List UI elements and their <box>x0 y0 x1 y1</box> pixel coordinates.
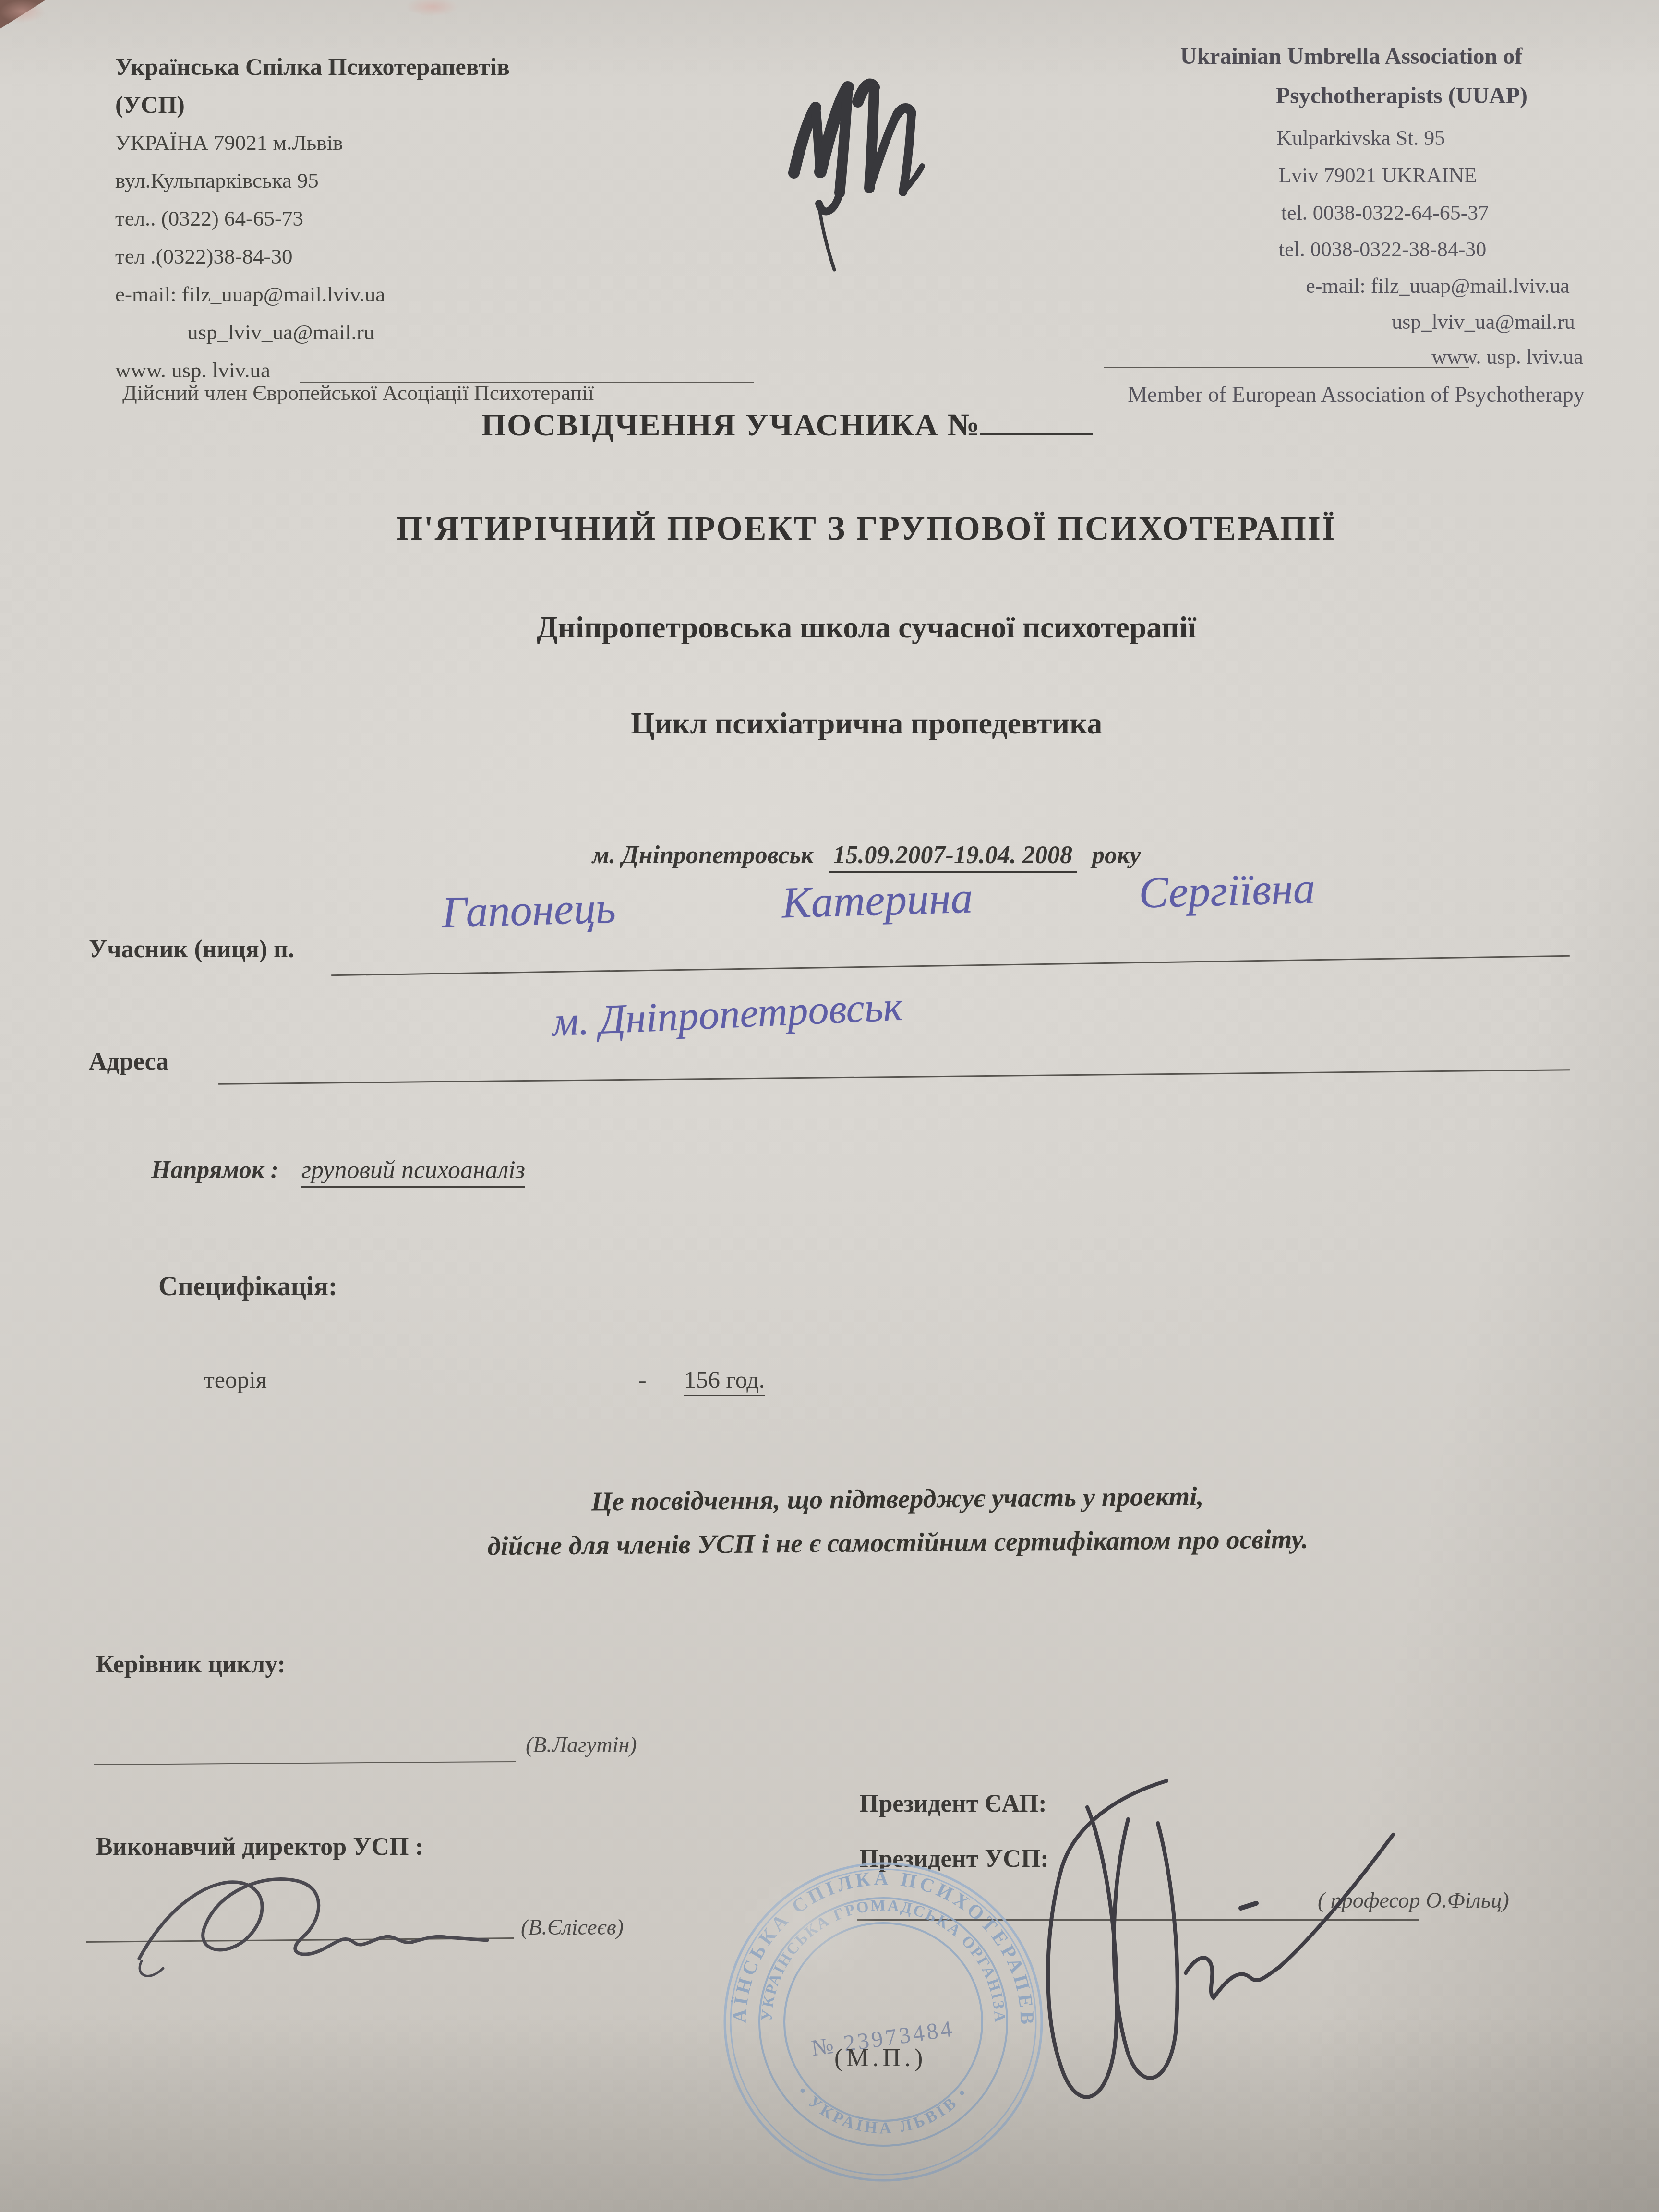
header-right-rule <box>1104 367 1469 368</box>
address-handwritten: м. Дніпропетровськ <box>551 982 903 1046</box>
org-phone-1: тел.. (0322) 64-65-73 <box>115 200 787 238</box>
direction-row: Напрямок : груповий психоаналіз <box>151 1156 525 1184</box>
president-signature <box>936 1767 1440 2179</box>
org-phone-2-en: tel. 0038-0322-38-84-30 <box>1279 237 1487 262</box>
participant-firstname: Катерина <box>781 872 974 928</box>
org-name-en-line1: Ukrainian Umbrella Association of <box>1180 43 1523 70</box>
theory-dash: - <box>638 1366 647 1394</box>
certificate-page: Українська Спілка Психотерапевтів (УСП) … <box>0 0 1659 2212</box>
org-name-ua-line1: Українська Спілка Психотерапевтів <box>115 48 787 86</box>
org-email-1: e-mail: filz_uuap@mail.lviv.ua <box>115 276 787 313</box>
org-name-ua-line2: (УСП) <box>115 86 787 124</box>
direction-label: Напрямок : <box>151 1156 279 1184</box>
direction-value: груповий психоаналіз <box>301 1156 525 1188</box>
cycle-head-name: (В.Лагутін) <box>526 1732 637 1757</box>
participant-name-handwritten: Гапонець Катерина Сергіївна <box>441 863 1316 938</box>
org-country-city: УКРАЇНА 79021 м.Львів <box>115 124 787 162</box>
participant-line <box>331 955 1570 976</box>
certificate-title: ПОСВІДЧЕННЯ УЧАСНИКА № <box>451 406 1123 444</box>
certificate-title-text: ПОСВІДЧЕННЯ УЧАСНИКА <box>481 408 939 443</box>
member-line-ua: Дійсний член Європейської Асоціації Псих… <box>122 380 594 405</box>
scan-corner-tint <box>0 0 125 96</box>
number-sign: № <box>948 408 980 443</box>
certificate-number-blank <box>980 406 1093 435</box>
scan-edge-smudge <box>406 0 458 16</box>
cycle-head-label: Керівник циклу: <box>96 1650 286 1679</box>
specification-label: Специфікація: <box>158 1271 337 1302</box>
exec-director-name: (В.Єлісеєв) <box>521 1914 624 1940</box>
event-dates: 15.09.2007-19.04. 2008 <box>829 842 1077 873</box>
address-label: Адреса <box>89 1047 168 1076</box>
org-street-en: Kulparkivska St. 95 <box>1277 126 1445 150</box>
participant-surname: Гапонець <box>441 882 616 938</box>
school-title: Дніпропетровська школа сучасної психотер… <box>144 610 1589 645</box>
org-phone-1-en: tel. 0038-0322-64-65-37 <box>1281 201 1489 225</box>
theory-hours: 156 год. <box>684 1366 765 1394</box>
org-phone-2: тел .(0322)38-84-30 <box>115 238 787 276</box>
org-website-en: www. usp. lviv.ua <box>1431 345 1583 369</box>
org-email-2-en: usp_lviv_ua@mail.ru <box>1392 310 1575 334</box>
exec-director-signature <box>96 1848 528 1992</box>
project-title: П'ЯТИРІЧНИЙ ПРОЕКТ З ГРУПОВОЇ ПСИХОТЕРАП… <box>144 510 1589 548</box>
usp-logo-monogram <box>768 72 950 278</box>
event-year-word: року <box>1092 842 1141 869</box>
org-email-1-en: e-mail: filz_uuap@mail.lviv.ua <box>1306 274 1570 298</box>
cycle-head-sign-line <box>94 1761 516 1765</box>
address-line <box>218 1069 1570 1084</box>
participant-patronymic: Сергіївна <box>1138 863 1316 918</box>
org-email-2: usp_lviv_ua@mail.ru <box>115 313 787 351</box>
org-street: вул.Кульпарківська 95 <box>115 162 787 200</box>
org-city-en: Lviv 79021 UKRAINE <box>1278 163 1477 188</box>
cycle-title: Цикл психіатрична пропедевтика <box>144 706 1589 741</box>
org-name-en-line2: Psychotherapists (UUAP) <box>1276 83 1527 109</box>
theory-label: теорія <box>204 1366 267 1394</box>
member-line-en: Member of European Association of Psycho… <box>1128 382 1585 407</box>
event-dateline: м. Дніпропетровськ 15.09.2007-19.04. 200… <box>144 841 1589 869</box>
theory-hours-value: 156 год. <box>684 1366 765 1396</box>
event-city: м. Дніпропетровськ <box>592 842 814 869</box>
participant-label: Учасник (ниця) п. <box>89 935 294 963</box>
org-header-left: Українська Спілка Психотерапевтів (УСП) … <box>115 48 787 389</box>
certificate-statement: Це посвідчення, що підтверджує участь у … <box>172 1471 1623 1571</box>
stamp-place-mark: (М.П.) <box>834 2044 926 2072</box>
